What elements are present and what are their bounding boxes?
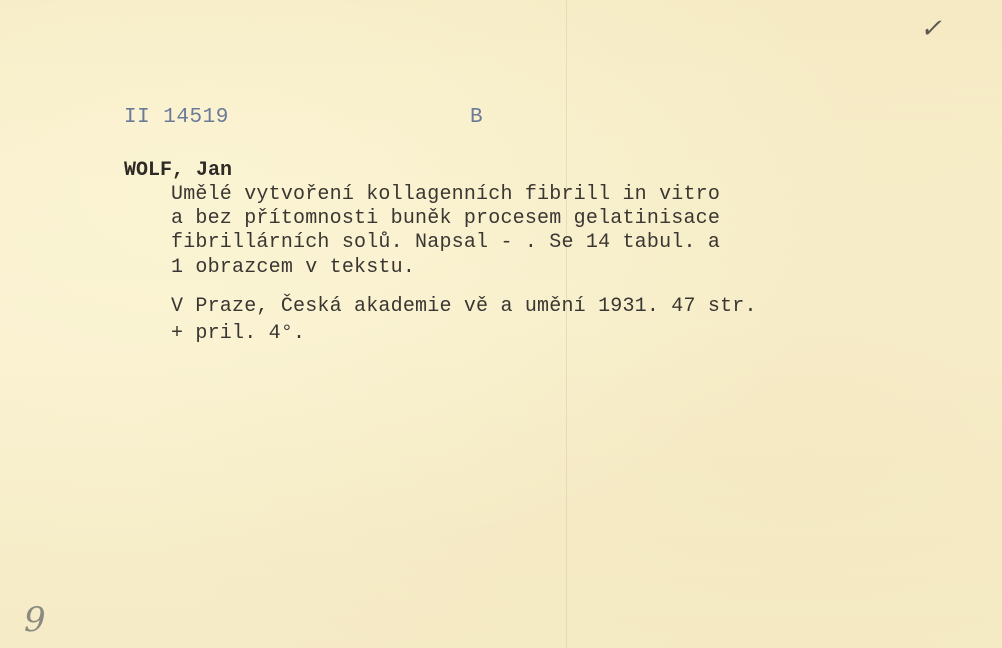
handwritten-number-mark: 9	[24, 600, 46, 640]
title-line-2: a bez přítomnosti buněk procesem gelatin…	[171, 207, 720, 230]
call-number: II 14519	[124, 106, 229, 129]
imprint-line-1: V Praze, Česká akademie vě a umění 1931.…	[171, 295, 757, 318]
handwritten-check-mark-icon: ✓	[920, 14, 942, 44]
card-fold-line	[566, 0, 567, 648]
title-line-4: 1 obrazcem v tekstu.	[171, 256, 415, 279]
catalog-card: II 14519 B WOLF, Jan Umělé vytvoření kol…	[0, 0, 1002, 648]
series-letter: B	[470, 106, 483, 129]
title-line-3: fibrillárních solů. Napsal - . Se 14 tab…	[171, 231, 720, 254]
author-heading: WOLF, Jan	[124, 159, 232, 182]
imprint-line-2: + pril. 4°.	[171, 322, 305, 345]
title-line-1: Umělé vytvoření kollagenních fibrill in …	[171, 183, 720, 206]
